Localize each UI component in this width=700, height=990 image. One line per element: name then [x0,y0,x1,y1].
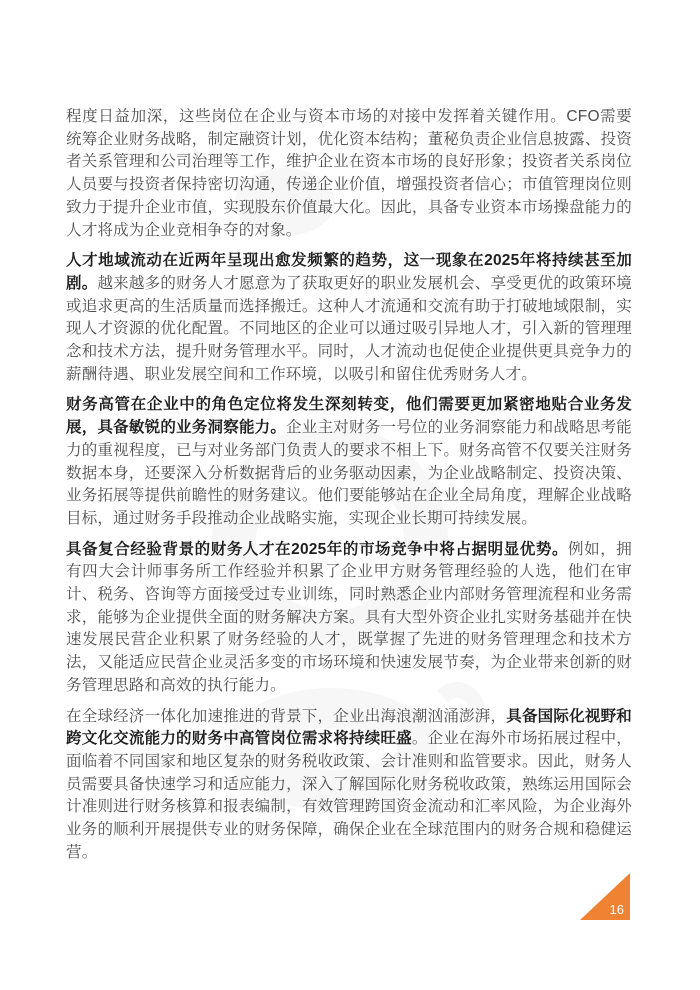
document-page: 程度日益加深，这些岗位在企业与资本市场的对接中发挥着关键作用。CFO需要统筹企业… [0,0,700,990]
paragraph: 人才地域流动在近两年呈现出愈发频繁的趋势，这一现象在2025年将持续甚至加剧。越… [66,250,632,386]
paragraph-bold-lead: 具备复合经验背景的财务人才在2025年的市场竞争中将占据明显优势。 [66,541,568,558]
paragraph-text: 在全球经济一体化加速推进的背景下，企业出海浪潮汹涌澎湃， [66,708,506,725]
paragraph-text: 越来越多的财务人才愿意为了获取更好的职业发展机会、享受更优的政策环境或追求更高的… [66,275,632,383]
paragraph: 具备复合经验背景的财务人才在2025年的市场竞争中将占据明显优势。例如，拥有四大… [66,539,632,698]
paragraph-text: 程度日益加深，这些岗位在企业与资本市场的对接中发挥着关键作用。CFO需要统筹企业… [66,108,632,239]
page-number: 16 [610,903,624,916]
paragraph: 在全球经济一体化加速推进的背景下，企业出海浪潮汹涌澎湃，具备国际化视野和跨文化交… [66,706,632,865]
paragraph: 财务高管在企业中的角色定位将发生深刻转变，他们需要更加紧密地贴合业务发展，具备敏… [66,394,632,530]
paragraph-text: 。企业在海外市场拓展过程中，面临着不同国家和地区复杂的财务税收政策、会计准则和监… [66,730,632,861]
paragraph-text: 例如，拥有四大会计师事务所工作经验并积累了企业甲方财务管理经验的人选，他们在审计… [66,541,632,694]
paragraph: 程度日益加深，这些岗位在企业与资本市场的对接中发挥着关键作用。CFO需要统筹企业… [66,106,632,242]
page-body-text: 程度日益加深，这些岗位在企业与资本市场的对接中发挥着关键作用。CFO需要统筹企业… [66,106,632,873]
page-corner-triangle: 16 [580,873,630,920]
